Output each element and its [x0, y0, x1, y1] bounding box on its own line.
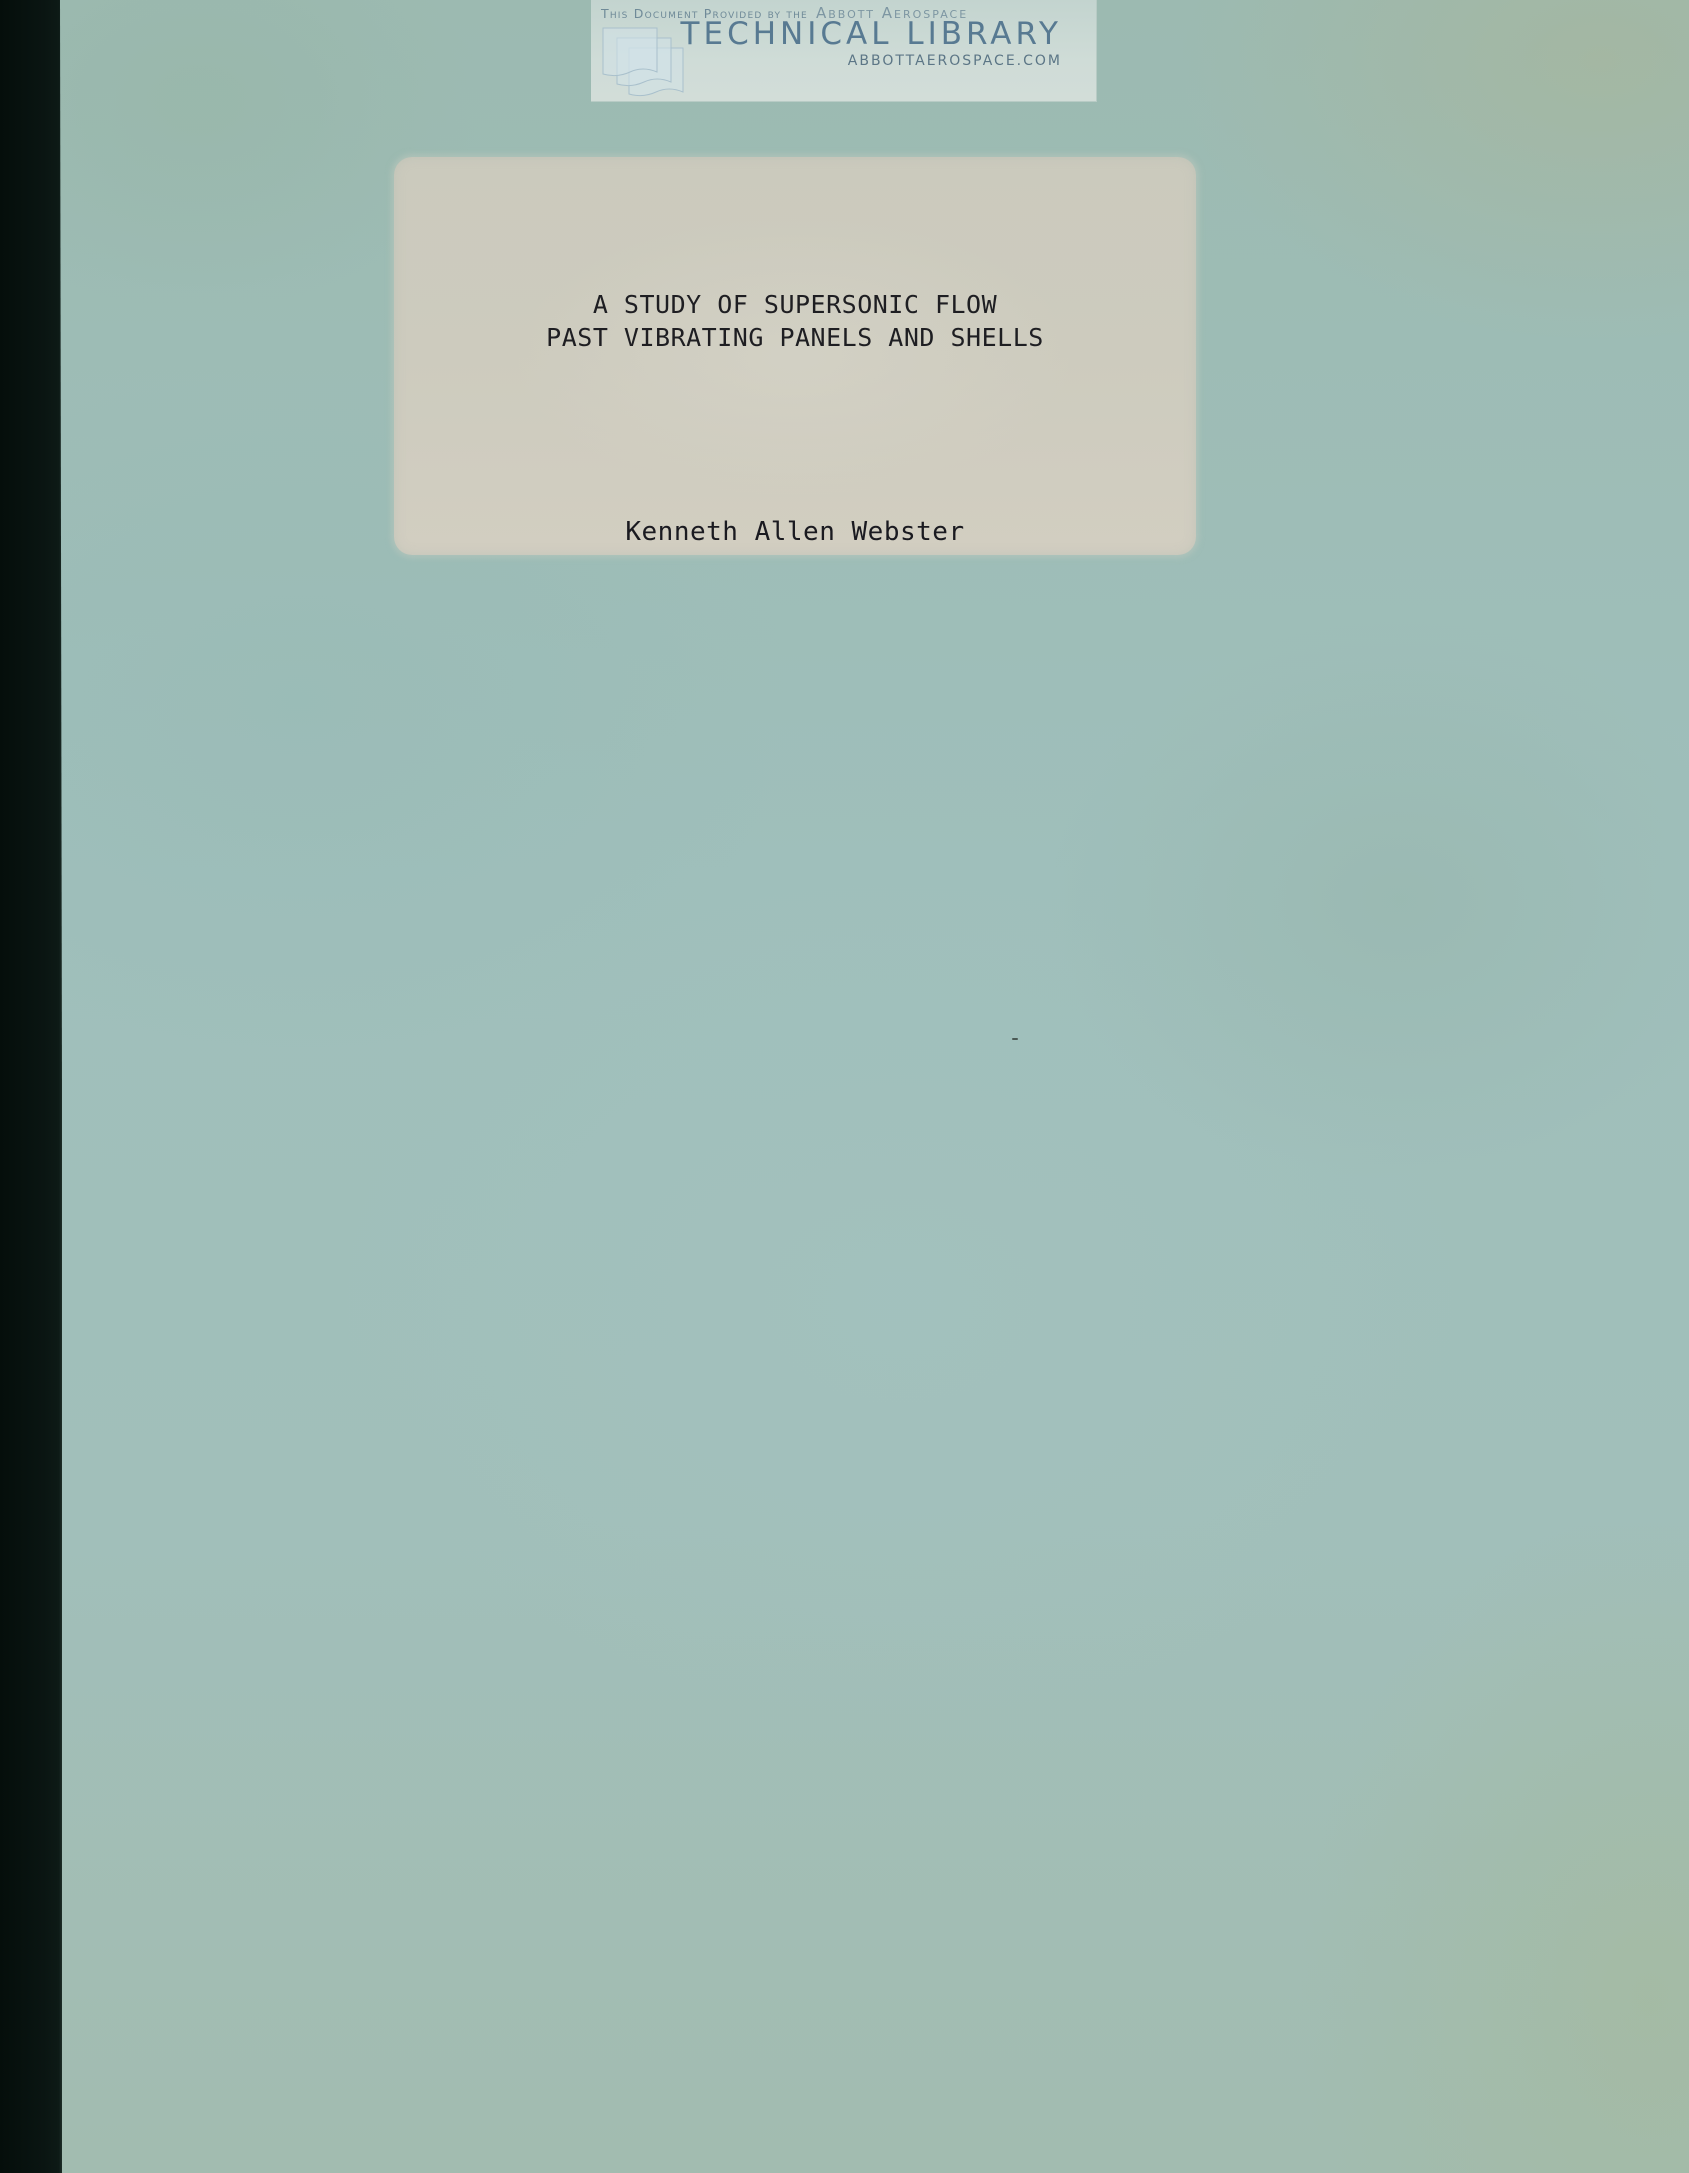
book-spine [0, 0, 62, 2173]
document-title: A STUDY OF SUPERSONIC FLOW PAST VIBRATIN… [394, 288, 1196, 354]
library-title: TECHNICAL LIBRARY [681, 16, 1062, 52]
stacked-documents-icon [599, 20, 689, 102]
author-name: Kenneth Allen Webster [394, 517, 1196, 547]
title-line-2: PAST VIBRATING PANELS AND SHELLS [394, 321, 1196, 354]
paper-speck [1012, 1038, 1018, 1040]
library-banner: This Document Provided by theAbbott Aero… [591, 0, 1097, 102]
website-link[interactable]: ABBOTTAEROSPACE.COM [848, 53, 1062, 69]
title-line-1: A STUDY OF SUPERSONIC FLOW [394, 288, 1196, 321]
title-label: A STUDY OF SUPERSONIC FLOW PAST VIBRATIN… [394, 157, 1196, 555]
